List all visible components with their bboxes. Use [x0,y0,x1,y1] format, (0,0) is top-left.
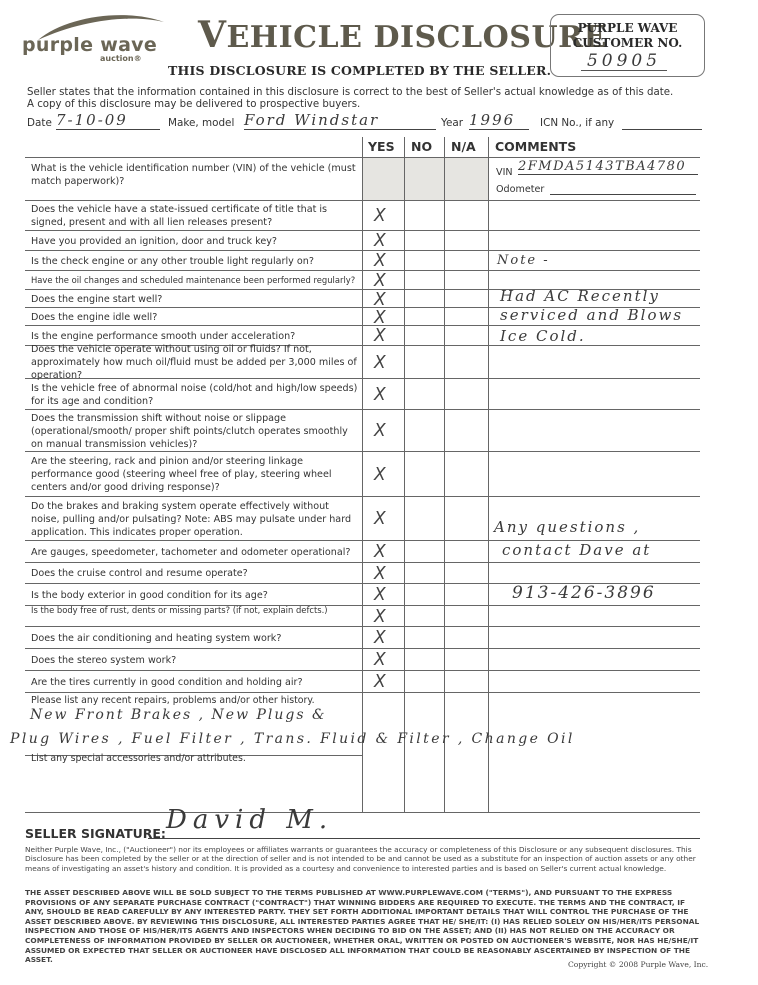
answer-cell-yes[interactable]: X [363,201,404,230]
column-header-yes: YES [368,139,395,154]
answer-cell-no[interactable] [405,627,444,648]
vin-label: VIN [496,167,513,178]
seller-signature-label: SELLER SIGNATURE: [25,826,166,841]
comment-line: Any questions , [494,518,640,536]
answer-cell-no[interactable] [405,346,444,378]
answer-cell-na[interactable] [445,308,488,325]
answer-cell-yes[interactable]: X [363,671,404,692]
answer-cell-na[interactable] [445,251,488,270]
answer-cell-yes[interactable]: X [363,346,404,378]
answer-cell-no[interactable] [405,410,444,451]
question-text: Have you provided an ignition, door and … [31,235,359,248]
customer-number-box: PURPLE WAVECUSTOMER NO. 50905 [550,14,705,77]
question-text: Do the brakes and braking system operate… [31,500,359,539]
answer-cell-yes[interactable]: X [363,563,404,583]
question-text: Is the body free of rust, dents or missi… [31,604,359,617]
comment-cell[interactable] [489,452,699,496]
answer-cell-no[interactable] [405,584,444,605]
answer-cell-yes[interactable]: X [363,326,404,345]
answer-cell-no[interactable] [405,649,444,670]
column-header-no: NO [411,139,432,154]
answer-cell-no[interactable] [405,497,444,540]
checkmark-x-icon: X [374,352,386,373]
answer-cell-na[interactable] [445,271,488,289]
accessories-field[interactable] [31,768,359,808]
checkmark-x-icon: X [374,384,386,405]
checkmark-x-icon: X [374,509,386,530]
answer-cell-yes[interactable]: X [363,541,404,562]
checkmark-x-icon: X [374,585,386,606]
signature-value: David M. [166,805,333,835]
answer-cell-na[interactable] [445,379,488,409]
checkmark-x-icon: X [374,542,386,563]
vin-question: What is the vehicle identification numbe… [31,162,359,188]
vin-row-shading [363,158,488,200]
question-text: Does the transmission shift without nois… [31,412,359,451]
comment-cell[interactable] [489,671,699,692]
checkmark-x-icon: X [374,326,386,347]
question-text: Are the tires currently in good conditio… [31,676,359,689]
answer-cell-na[interactable] [445,346,488,378]
checkmark-x-icon: X [374,650,386,671]
answer-cell-na[interactable] [445,584,488,605]
comment-cell[interactable] [489,606,699,626]
question-text: Are gauges, speedometer, tachometer and … [31,546,359,559]
make-model-field[interactable]: Ford Windstar [244,111,436,130]
question-text: Have the oil changes and scheduled maint… [31,274,359,287]
answer-cell-na[interactable] [445,326,488,345]
comment-cell[interactable] [489,231,699,250]
question-text: Does the air conditioning and heating sy… [31,632,359,645]
answer-cell-na[interactable] [445,563,488,583]
answer-cell-yes[interactable]: X [363,251,404,270]
answer-cell-na[interactable] [445,671,488,692]
vin-field[interactable]: 2FMDA5143TBA4780 [518,159,698,175]
answer-cell-yes[interactable]: X [363,290,404,307]
comment-line: contact Dave at [502,541,651,559]
customer-number-field[interactable]: 50905 [581,52,667,71]
answer-cell-no[interactable] [405,271,444,289]
comment-line: Ice Cold. [500,327,586,345]
question-text: Is the check engine or any other trouble… [31,255,359,268]
answer-cell-na[interactable] [445,541,488,562]
date-label: Date [27,117,52,129]
comment-cell[interactable] [489,649,699,670]
answer-cell-no[interactable] [405,541,444,562]
question-text: Does the engine start well? [31,293,359,306]
history-line-1[interactable]: New Front Brakes , New Plugs & [30,707,326,723]
date-field[interactable]: 7-10-09 [56,111,160,130]
page-title: VEHICLE DISCLOSURE [198,14,607,56]
comment-cell[interactable] [489,410,699,451]
checkmark-x-icon: X [374,672,386,693]
answer-cell-no[interactable] [405,201,444,230]
checkmark-x-icon: X [374,231,386,252]
answer-cell-yes[interactable]: X [363,627,404,648]
comment-line: serviced and Blows [500,306,683,324]
terms-text: THE ASSET DESCRIBED ABOVE WILL BE SOLD S… [25,888,705,965]
checkmark-x-icon: X [374,606,386,627]
logo-subtext: auction® [100,54,142,63]
answer-cell-na[interactable] [445,290,488,307]
question-text: Is the engine performance smooth under a… [31,330,359,343]
answer-cell-yes[interactable]: X [363,308,404,325]
answer-cell-yes[interactable]: X [363,606,404,626]
answer-cell-na[interactable] [445,452,488,496]
answer-cell-no[interactable] [405,379,444,409]
checkmark-x-icon: X [374,464,386,485]
comment-line: Had AC Recently [500,287,660,305]
page-subtitle: THIS DISCLOSURE IS COMPLETED BY THE SELL… [168,63,551,78]
answer-cell-no[interactable] [405,251,444,270]
answer-cell-na[interactable] [445,410,488,451]
history-label: Please list any recent repairs, problems… [31,694,359,707]
question-text: Are the steering, rack and pinion and/or… [31,455,359,494]
checkmark-x-icon: X [374,628,386,649]
question-text: Is the vehicle free of abnormal noise (c… [31,382,359,408]
question-text: Does the cruise control and resume opera… [31,567,359,580]
accessories-label: List any special accessories and/or attr… [31,752,359,765]
checkmark-x-icon: X [374,563,386,584]
answer-cell-yes[interactable]: X [363,271,404,289]
comment-cell[interactable] [489,379,699,409]
column-header-na: N/A [451,139,476,154]
checkmark-x-icon: X [374,271,386,292]
answer-cell-yes[interactable]: X [363,584,404,605]
answer-cell-no[interactable] [405,290,444,307]
question-text: Does the engine idle well? [31,311,359,324]
copyright-text: Copyright © 2008 Purple Wave, Inc. [568,960,708,969]
comment-cell[interactable] [489,201,699,230]
column-header-comments: COMMENTS [495,139,576,154]
answer-cell-na[interactable] [445,606,488,626]
logo-wordmark: purple wave [22,34,157,56]
checkmark-x-icon: X [374,251,386,272]
answer-cell-yes[interactable]: X [363,410,404,451]
intro-statement: Seller states that the information conta… [27,87,727,111]
answer-cell-na[interactable] [445,201,488,230]
answer-cell-na[interactable] [445,649,488,670]
answer-cell-yes[interactable]: X [363,649,404,670]
answer-cell-yes[interactable]: X [363,497,404,540]
year-label: Year [441,117,463,129]
comment-cell[interactable] [489,563,699,583]
answer-cell-yes[interactable]: X [363,231,404,250]
checkmark-x-icon: X [374,206,386,227]
question-text: Does the stereo system work? [31,654,359,667]
question-text: Does the vehicle have a state-issued cer… [31,203,359,229]
answer-cell-no[interactable] [405,671,444,692]
seller-signature-field[interactable]: David M. [148,813,700,839]
answer-cell-no[interactable] [405,231,444,250]
answer-cell-no[interactable] [405,606,444,626]
comment-cell[interactable] [489,627,699,648]
question-text: Does the vehicle operate without using o… [31,343,359,382]
icn-field[interactable] [622,117,702,130]
answer-cell-na[interactable] [445,231,488,250]
disclaimer-text: Neither Purple Wave, Inc., ("Auctioneer"… [25,845,705,873]
answer-cell-yes[interactable]: X [363,452,404,496]
odometer-label: Odometer [496,184,544,195]
make-model-label: Make, model [168,117,234,129]
answer-cell-no[interactable] [405,326,444,345]
icn-label: ICN No., if any [540,117,614,129]
answer-cell-na[interactable] [445,497,488,540]
answer-cell-no[interactable] [405,452,444,496]
year-field[interactable]: 1996 [469,111,529,130]
comment-note: Note - [497,253,550,268]
answer-cell-no[interactable] [405,308,444,325]
history-line-2[interactable]: Plug Wires , Fuel Filter , Trans. Fluid … [10,731,575,747]
comment-cell[interactable] [489,346,699,378]
comment-phone: 913-426-3896 [512,583,656,603]
question-text: Is the body exterior in good condition f… [31,589,359,602]
answer-cell-no[interactable] [405,563,444,583]
checkmark-x-icon: X [374,421,386,442]
odometer-field[interactable] [550,184,696,195]
answer-cell-yes[interactable]: X [363,379,404,409]
answer-cell-na[interactable] [445,627,488,648]
